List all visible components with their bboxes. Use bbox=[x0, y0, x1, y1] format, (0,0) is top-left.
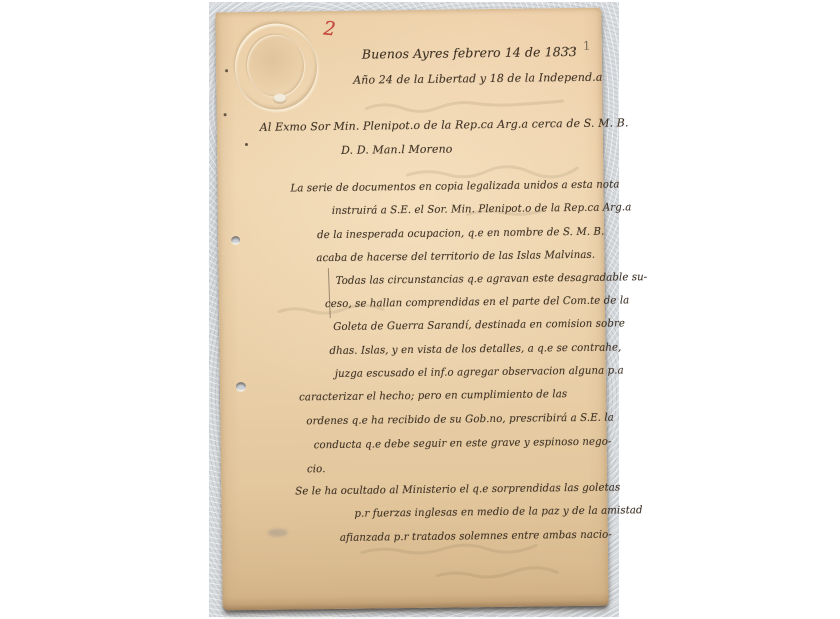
page-number: 1 bbox=[583, 39, 591, 53]
red-folio-number: 2 bbox=[323, 17, 337, 40]
margin-mark-line bbox=[328, 268, 331, 318]
manuscript-line: conducta q.e debe seguir en este grave y… bbox=[314, 436, 612, 452]
paper-speck bbox=[225, 69, 228, 72]
manuscript-line: Goleta de Guerra Sarandí, destinada en c… bbox=[333, 317, 625, 333]
embossed-seal-inner-ring bbox=[247, 34, 305, 97]
manuscript-line: p.r fuerzas inglesas en medio de la paz … bbox=[354, 504, 642, 520]
embossed-seal bbox=[235, 23, 318, 110]
manuscript-line: Se le ha ocultado al Ministerio el q.e s… bbox=[295, 481, 620, 497]
salutation-line-2: D. D. Man.l Moreno bbox=[341, 142, 453, 156]
dateline-marks: ·· bbox=[567, 42, 579, 56]
manuscript-line: ordenes q.e ha recibido de su Gob.no, pr… bbox=[306, 412, 614, 428]
pencil-smudge bbox=[268, 529, 288, 537]
manuscript-line: La serie de documentos en copia legaliza… bbox=[290, 178, 619, 194]
manuscript-line: juzga escusado el inf.o agregar observac… bbox=[335, 364, 624, 380]
manuscript-line: ceso, se hallan comprendidas en el parte… bbox=[325, 294, 630, 310]
dateline-era-line: Año 24 de la Libertad y 18 de la Indepen… bbox=[353, 71, 602, 87]
manuscript-line: dhas. Islas, y en vista de los detalles,… bbox=[329, 341, 621, 357]
manuscript-line: caracterizar el hecho; pero en cumplimie… bbox=[299, 388, 567, 403]
paper-damage-chip bbox=[273, 94, 286, 103]
manuscript-line: afianzada p.r tratados solemnes entre am… bbox=[340, 529, 612, 544]
manuscript-page: 2 1 Buenos Ayres febrero 14 de 1833 ·· A… bbox=[215, 8, 608, 611]
salutation-line-1: Al Exmo Sor Min. Plenipot.o de la Rep.ca… bbox=[260, 116, 629, 134]
manuscript-line: de la inesperada ocupacion, q.e en nombr… bbox=[317, 226, 604, 242]
worm-hole bbox=[236, 382, 246, 391]
manuscript-line: acaba de hacerse del territorio de las I… bbox=[316, 249, 595, 264]
paper-speck bbox=[224, 113, 227, 116]
paper-speck bbox=[245, 143, 248, 146]
manuscript-line: cio. bbox=[307, 463, 326, 475]
dateline-place-date: Buenos Ayres febrero 14 de 1833 bbox=[362, 44, 577, 62]
worm-hole bbox=[231, 236, 240, 244]
manuscript-line: instruirá a S.E. el Sor. Min. Plenipot.o… bbox=[332, 201, 632, 217]
manuscript-line: Todas las circunstancias q.e agravan est… bbox=[336, 271, 648, 287]
